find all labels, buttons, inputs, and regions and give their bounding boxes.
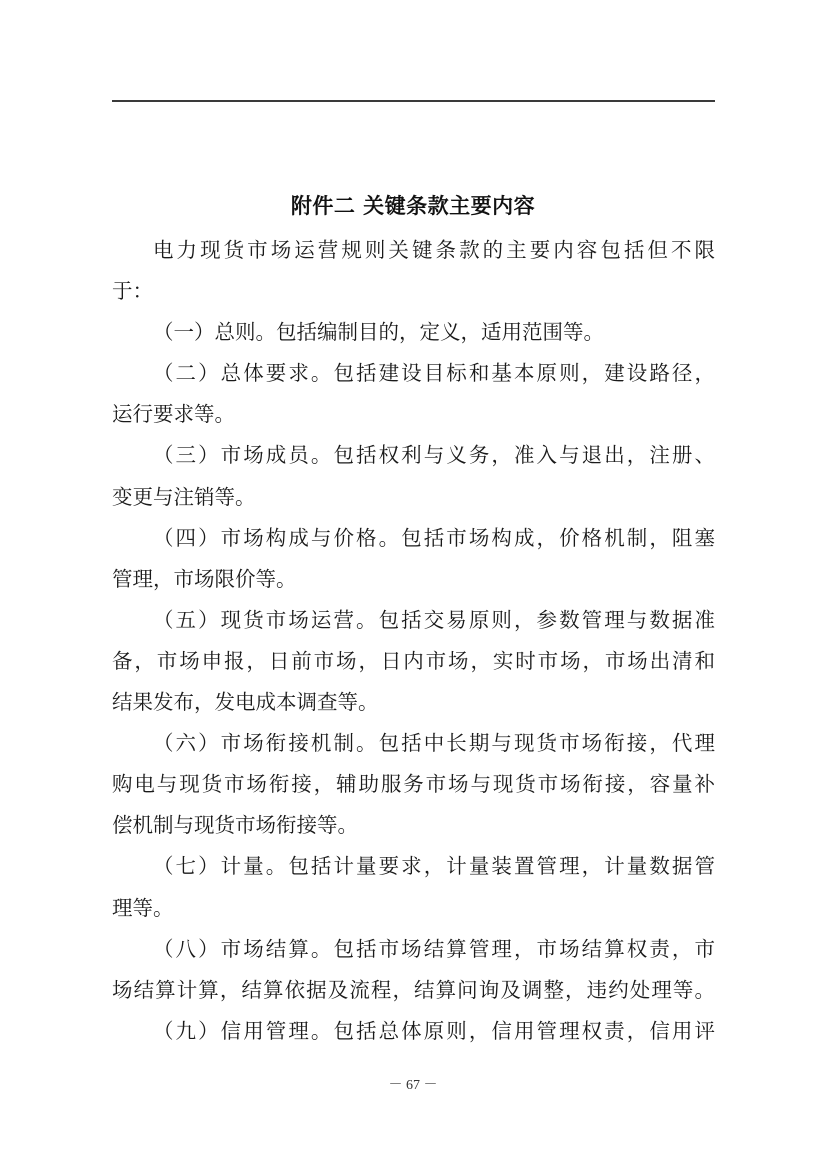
text-line: （五）现货市场运营。包括交易原则，参数管理与数据准 <box>112 600 715 641</box>
text-line: （二）总体要求。包括建设目标和基本原则，建设路径， <box>112 353 715 394</box>
text-line: 变更与注销等。 <box>112 477 715 518</box>
text-line: 结果发布，发电成本调查等。 <box>112 682 715 723</box>
text-line: 场结算计算，结算依据及流程，结算问询及调整，违约处理等。 <box>112 970 715 1011</box>
text-line: 管理，市场限价等。 <box>112 559 715 600</box>
text-line: 电力现货市场运营规则关键条款的主要内容包括但不限 <box>112 230 715 271</box>
text-line: 偿机制与现货市场衔接等。 <box>112 805 715 846</box>
document-body: 电力现货市场运营规则关键条款的主要内容包括但不限 于： （一）总则。包括编制目的… <box>112 230 715 1052</box>
text-line: 于： <box>112 271 715 312</box>
page-number: － 67 － <box>0 1074 826 1094</box>
text-line: 理等。 <box>112 888 715 929</box>
text-line: （七）计量。包括计量要求，计量装置管理，计量数据管 <box>112 846 715 887</box>
text-line: （六）市场衔接机制。包括中长期与现货市场衔接，代理 <box>112 723 715 764</box>
text-line: （八）市场结算。包括市场结算管理，市场结算权责，市 <box>112 929 715 970</box>
page-title: 附件二 关键条款主要内容 <box>0 190 826 220</box>
text-line: 购电与现货市场衔接，辅助服务市场与现货市场衔接，容量补 <box>112 764 715 805</box>
header-rule <box>112 100 715 102</box>
text-line: （九）信用管理。包括总体原则，信用管理权责，信用评 <box>112 1011 715 1052</box>
text-line: （四）市场构成与价格。包括市场构成，价格机制，阻塞 <box>112 518 715 559</box>
text-line: 运行要求等。 <box>112 394 715 435</box>
text-line: 备，市场申报，日前市场，日内市场，实时市场，市场出清和 <box>112 641 715 682</box>
text-line: （一）总则。包括编制目的，定义，适用范围等。 <box>112 312 715 353</box>
text-line: （三）市场成员。包括权利与义务，准入与退出，注册、 <box>112 435 715 476</box>
